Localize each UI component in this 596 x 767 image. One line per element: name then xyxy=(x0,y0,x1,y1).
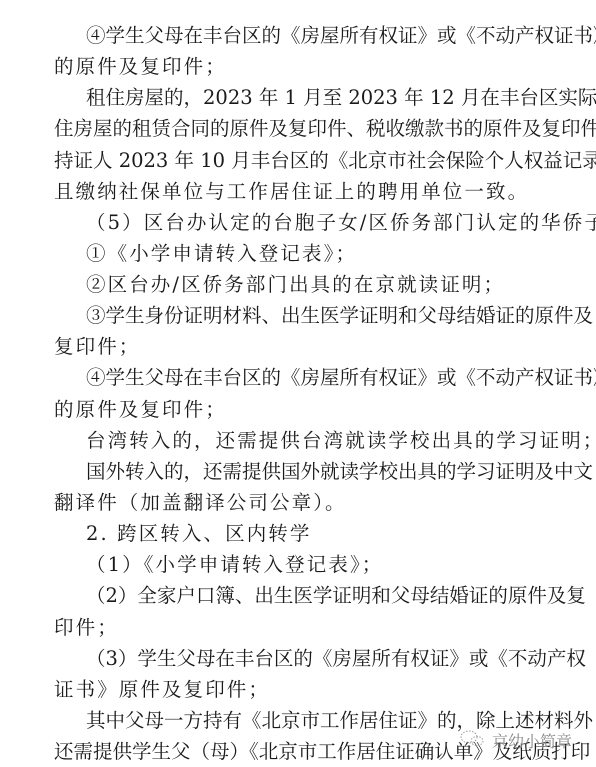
text-line: 的原件及复印件； xyxy=(54,51,550,82)
text-line: ①《小学申请转入登记表》； xyxy=(86,238,550,269)
text-line: 翻译件（加盖翻译公司公章）。 xyxy=(54,487,550,518)
text-line: 印件； xyxy=(54,612,550,643)
text-line: 持证人 2023 年 10 月丰台区的《北京市社会保险个人权益记录》， xyxy=(54,145,550,176)
text-line: 且缴纳社保单位与工作居住证上的聘用单位一致。 xyxy=(54,176,550,207)
text-line: 国外转入的，还需提供国外就读学校出具的学习证明及中文 xyxy=(86,456,550,487)
text-line: 台湾转入的，还需提供台湾就读学校出具的学习证明； xyxy=(86,425,550,456)
text-line: （1）《小学申请转入登记表》； xyxy=(86,549,550,580)
watermark: 京幼小简章 xyxy=(458,728,572,752)
text-line: （2）全家户口簿、出生医学证明和父母结婚证的原件及复 xyxy=(86,580,550,611)
text-line: 2. 跨区转入、区内转学 xyxy=(86,518,550,549)
wechat-icon xyxy=(458,728,486,752)
text-line: 的原件及复印件； xyxy=(54,394,550,425)
text-line: ②区台办/区侨务部门出具的在京就读证明； xyxy=(86,269,550,300)
text-line: ④学生父母在丰台区的《房屋所有权证》或《不动产权证书》 xyxy=(86,362,550,393)
watermark-text: 京幼小简章 xyxy=(492,729,572,752)
text-line: 证书》原件及复印件； xyxy=(54,674,550,705)
text-line: 住房屋的租赁合同的原件及复印件、税收缴款书的原件及复印件； xyxy=(54,113,550,144)
text-line: （5）区台办认定的台胞子女/区侨务部门认定的华侨子女 xyxy=(86,207,550,238)
text-line: ④学生父母在丰台区的《房屋所有权证》或《不动产权证书》 xyxy=(86,20,550,51)
text-line: 租住房屋的，2023 年 1 月至 2023 年 12 月在丰台区实际租 xyxy=(86,82,550,113)
text-line: 复印件； xyxy=(54,331,550,362)
text-line: （3）学生父母在丰台区的《房屋所有权证》或《不动产权 xyxy=(86,643,550,674)
document-page: ④学生父母在丰台区的《房屋所有权证》或《不动产权证书》的原件及复印件；租住房屋的… xyxy=(0,0,596,767)
text-line: ③学生身份证明材料、出生医学证明和父母结婚证的原件及 xyxy=(86,300,550,331)
